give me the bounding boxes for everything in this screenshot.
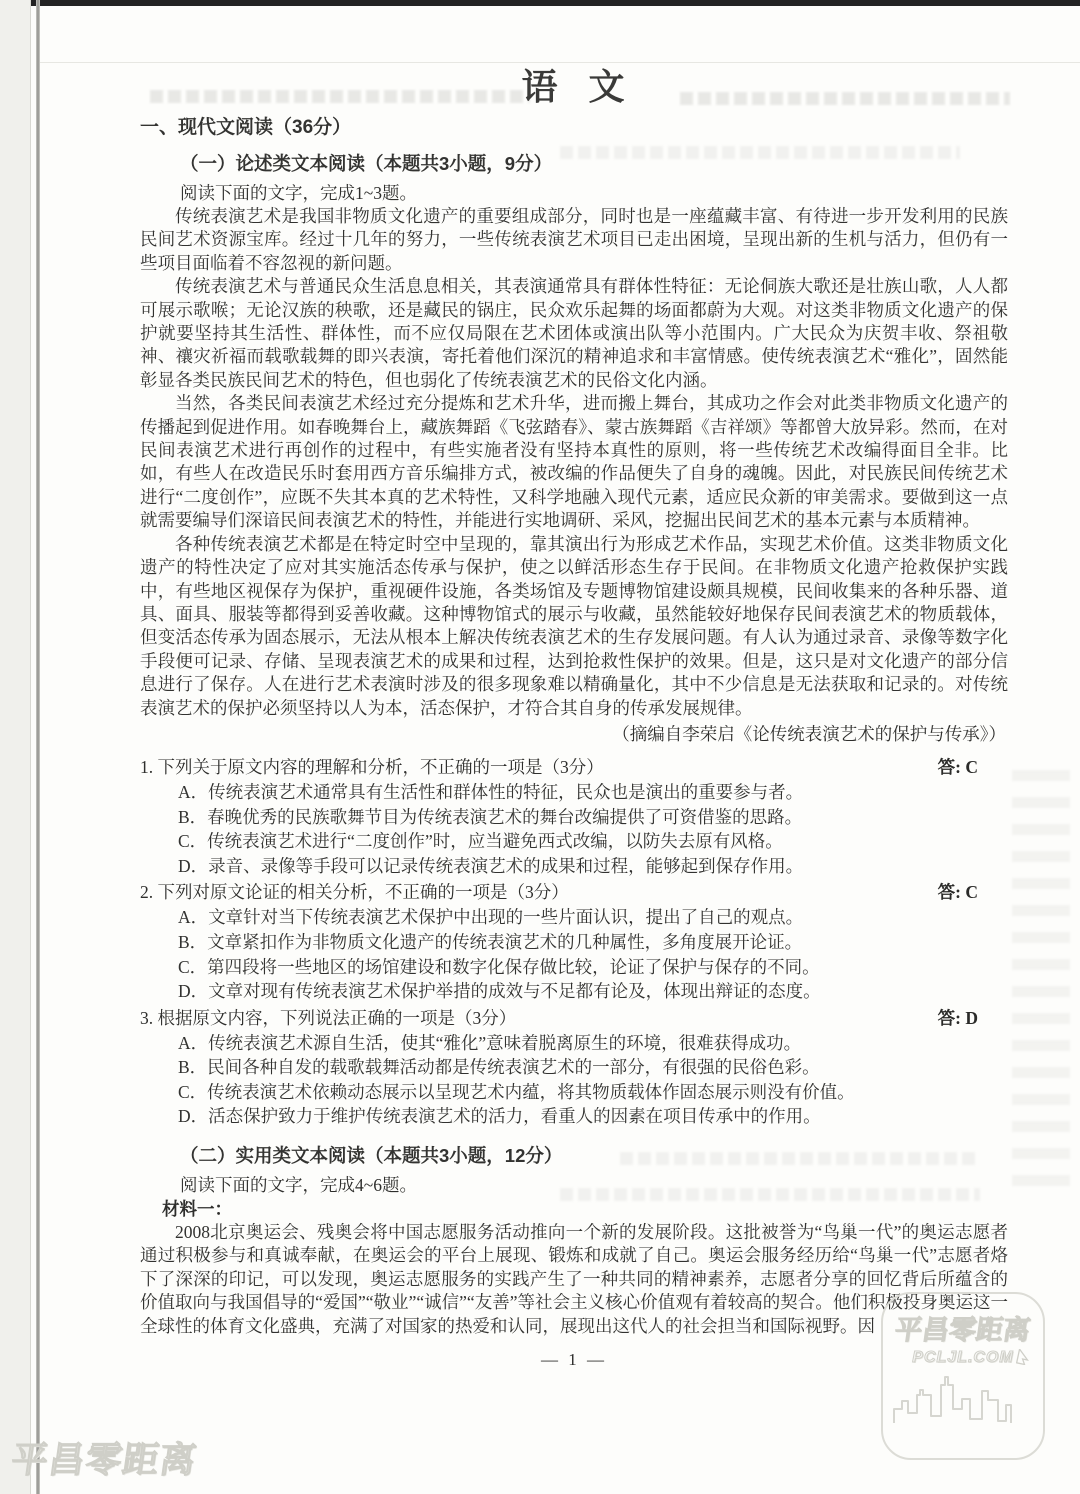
exam-page: 语 文 一、现代文阅读（36分） （一）论述类文本阅读（本题共3小题，9分） 阅… <box>140 64 1008 1372</box>
material-1-label: 材料一： <box>140 1197 1008 1221</box>
scan-top-edge <box>26 0 1080 6</box>
city-skyline-icon <box>883 1371 1043 1432</box>
question-option: C．传统表演艺术依赖动态展示以呈现艺术内蕴，将其物质载体作固态展示则没有价值。 <box>140 1080 1008 1105</box>
question-option: A．传统表演艺术通常具有生活性和群体性的特征，民众也是演出的重要参与者。 <box>140 780 1008 805</box>
material-paragraph: 2008北京奥运会、残奥会将中国志愿服务活动推向一个新的发展阶段。这批被誉为“鸟… <box>140 1221 1008 1338</box>
scan-faint-rule <box>40 62 1080 63</box>
question-option: A．传统表演艺术源自生活，使其“雅化”意味着脱离原生的环境，很难获得成功。 <box>140 1031 1008 1056</box>
watermark-site-name: 平昌零距离 <box>881 1308 1045 1347</box>
question-option: C．传统表演艺术进行“二度创作”时，应当避免西式改编，以防失去原有风格。 <box>140 829 1008 854</box>
passage-paragraph: 传统表演艺术与普通民众生活息息相关，其表演通常具有群体性特征：无论侗族大歌还是壮… <box>140 275 1008 392</box>
part1-heading: （一）论述类文本阅读（本题共3小题，9分） <box>140 151 1008 177</box>
cursor-arrow-icon <box>1016 1349 1030 1370</box>
question-option: D．录音、录像等手段可以记录传统表演艺术的成果和过程，能够起到保存作用。 <box>140 854 1008 879</box>
question-option: B．文章紧扣作为非物质文化遗产的传统表演艺术的几种属性，多角度展开论证。 <box>140 930 1008 955</box>
section-heading: 一、现代文阅读（36分） <box>140 115 1008 141</box>
watermark-url-text: PCLJL.COM <box>912 1349 1013 1366</box>
part1-instruction: 阅读下面的文字，完成1~3题。 <box>140 181 1008 205</box>
watermark-site-name-bottom-left: 平昌零距离 <box>8 1432 200 1483</box>
page-spine-line <box>30 0 31 1494</box>
passage-paragraph: 当然，各类民间表演艺术经过充分提炼和艺术升华，进而搬上舞台，其成功之作会对此类非… <box>140 392 1008 532</box>
reading-passage: 传统表演艺术是我国非物质文化遗产的重要组成部分，同时也是一座蕴藏丰富、有待进一步… <box>140 205 1008 720</box>
watermark-site-url: PCLJL.COM <box>912 1349 1013 1367</box>
answer-label: 答: C <box>938 755 1008 780</box>
question-option: D．活态保护致力于维护传统表演艺术的活力，看重人的因素在项目传承中的作用。 <box>140 1104 1008 1129</box>
page-number: — 1 — <box>140 1348 1008 1372</box>
page-fold-line <box>36 0 40 1494</box>
watermark-badge: 平昌零距离 PCLJL.COM <box>881 1292 1045 1460</box>
question-option: D．文章对现有传统表演艺术保护举措的成效与不足都有论及，体现出辩证的态度。 <box>140 979 1008 1004</box>
scan-left-margin <box>0 0 30 1494</box>
page-title: 语 文 <box>140 64 1008 110</box>
question-option: A．文章针对当下传统表演艺术保护中出现的一些片面认识，提出了自己的观点。 <box>140 905 1008 930</box>
question-stem: 1. 下列关于原文内容的理解和分析，不正确的一项是（3分） <box>140 755 604 780</box>
question-1: 1. 下列关于原文内容的理解和分析，不正确的一项是（3分） 答: C A．传统表… <box>140 755 1008 878</box>
ghost-text <box>1012 770 1070 1200</box>
passage-paragraph: 传统表演艺术是我国非物质文化遗产的重要组成部分，同时也是一座蕴藏丰富、有待进一步… <box>140 205 1008 275</box>
answer-label: 答: D <box>938 1006 1008 1031</box>
question-stem: 3. 根据原文内容，下列说法正确的一项是（3分） <box>140 1006 516 1031</box>
answer-label: 答: C <box>938 880 1008 905</box>
part2-instruction: 阅读下面的文字，完成4~6题。 <box>140 1173 1008 1197</box>
question-2: 2. 下列对原文论证的相关分析，不正确的一项是（3分） 答: C A．文章针对当… <box>140 880 1008 1003</box>
question-3: 3. 根据原文内容，下列说法正确的一项是（3分） 答: D A．传统表演艺术源自… <box>140 1006 1008 1129</box>
question-stem: 2. 下列对原文论证的相关分析，不正确的一项是（3分） <box>140 880 569 905</box>
question-option: B．春晚优秀的民族歌舞节目为传统表演艺术的舞台改编提供了可资借鉴的思路。 <box>140 805 1008 830</box>
material-1-passage: 2008北京奥运会、残奥会将中国志愿服务活动推向一个新的发展阶段。这批被誉为“鸟… <box>140 1221 1008 1338</box>
question-option: C．第四段将一些地区的场馆建设和数字化保存做比较，论证了保护与保存的不同。 <box>140 955 1008 980</box>
passage-attribution: （摘编自李荣启《论传统表演艺术的保护与传承》） <box>140 722 1008 747</box>
passage-paragraph: 各种传统表演艺术都是在特定时空中呈现的，靠其演出行为形成艺术作品，实现艺术价值。… <box>140 533 1008 720</box>
part2-heading: （二）实用类文本阅读（本题共3小题，12分） <box>140 1143 1008 1169</box>
question-option: B．民间各种自发的载歌载舞活动都是传统表演艺术的一部分，有很强的民俗色彩。 <box>140 1055 1008 1080</box>
